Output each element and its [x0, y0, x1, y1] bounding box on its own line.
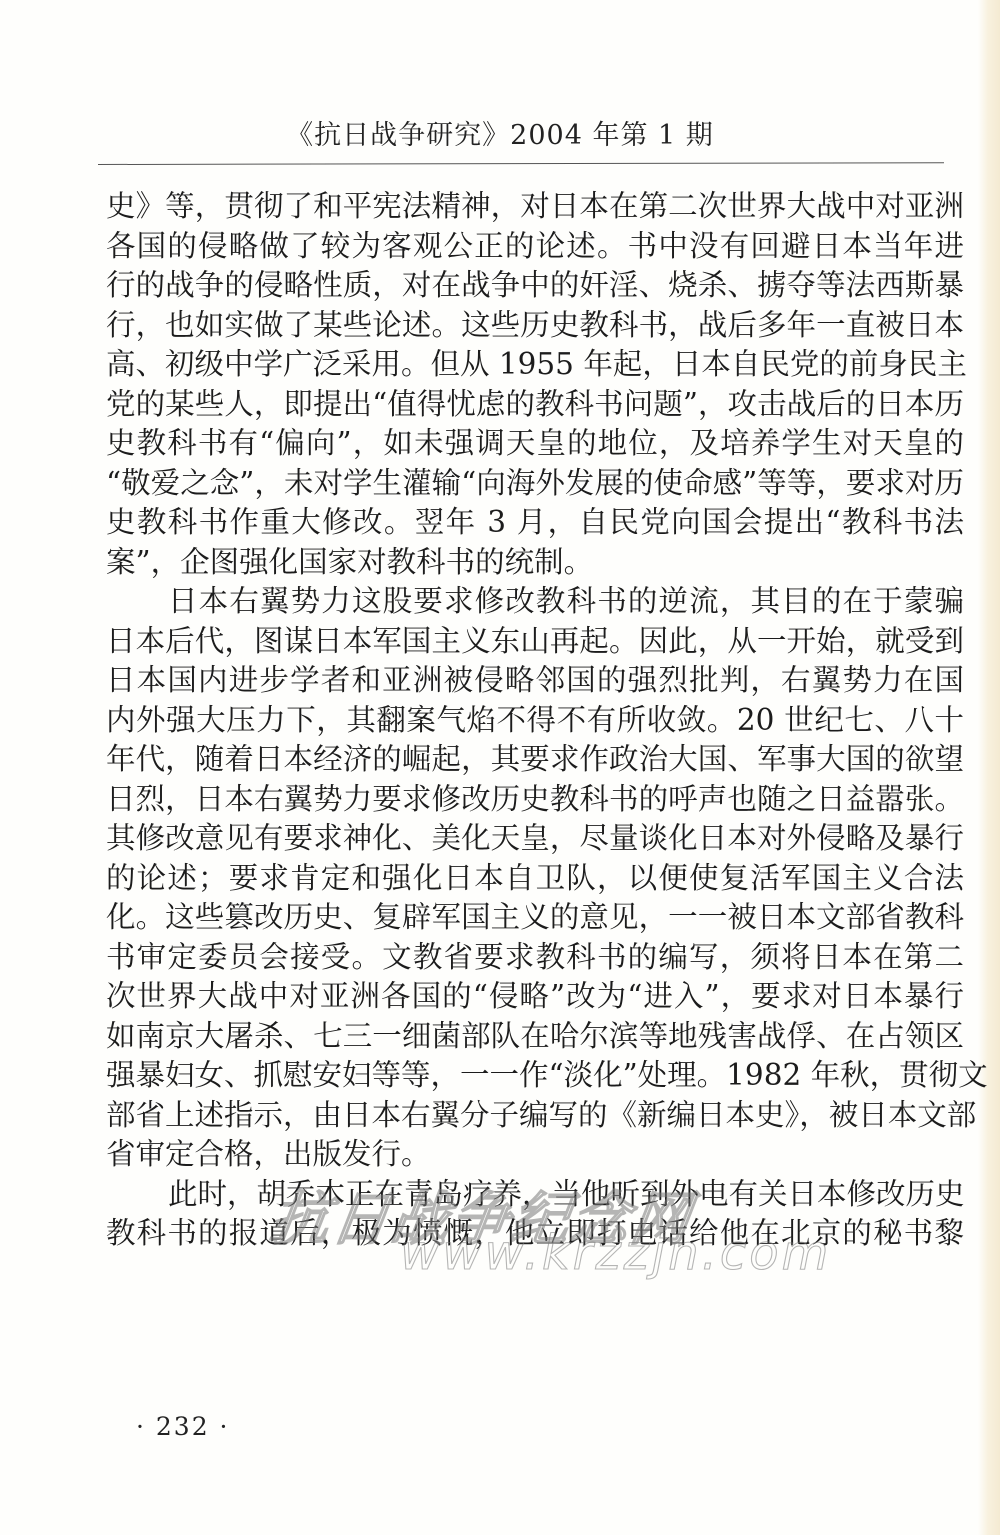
- paragraph-start-line: 此时，胡乔木正在青岛疗养，当他听到外电有关日本修改历史: [106, 1175, 964, 1215]
- page-number: · 232 ·: [136, 1412, 230, 1441]
- text-line: 次世界大战中对亚洲各国的“侵略”改为“进入”，要求对日本暴行: [106, 977, 964, 1017]
- text-line: 日本国内进步学者和亚洲被侵略邻国的强烈批判，右翼势力在国: [106, 661, 964, 701]
- page-edge-shading: [978, 0, 1000, 1535]
- text-line: 强暴妇女、抓慰安妇等等，一一作“淡化”处理。1982 年秋，贯彻文: [106, 1056, 964, 1096]
- text-line: 日本后代，图谋日本军国主义东山再起。因此，从一开始，就受到: [106, 622, 964, 662]
- text-line: 其修改意见有要求神化、美化天皇，尽量谈化日本对外侵略及暴行: [106, 819, 964, 859]
- text-line: 部省上述指示，由日本右翼分子编写的《新编日本史》，被日本文部: [106, 1096, 964, 1136]
- paragraph-end-line: 案”，企图强化国家对教科书的统制。: [106, 543, 964, 583]
- text-line: 化。这些篡改历史、复辟军国主义的意见，一一被日本文部省教科: [106, 898, 964, 938]
- text-line: 书审定委员会接受。文教省要求教科书的编写，须将日本在第二: [106, 938, 964, 978]
- text-line: 的论述；要求肯定和强化日本自卫队，以便使复活军国主义合法: [106, 859, 964, 899]
- header-rule: [98, 162, 944, 165]
- paragraph-end-line: 省审定合格，出版发行。: [106, 1135, 964, 1175]
- text-line: 行，也如实做了某些论述。这些历史教科书，战后多年一直被日本: [106, 306, 964, 346]
- text-line: 史教科书作重大修改。翌年 3 月，自民党向国会提出“教科书法: [106, 503, 964, 543]
- text-line: 如南京大屠杀、七三一细菌部队在哈尔滨等地残害战俘、在占领区: [106, 1017, 964, 1057]
- running-header: 《抗日战争研究》2004 年第 1 期: [0, 113, 1000, 152]
- text-line: 行的战争的侵略性质，对在战争中的奸淫、烧杀、掳夺等法西斯暴: [106, 266, 964, 306]
- text-line: 高、初级中学广泛采用。但从 1955 年起，日本自民党的前身民主: [106, 345, 964, 385]
- text-line: 史》等，贯彻了和平宪法精神，对日本在第二次世界大战中对亚洲: [106, 187, 964, 227]
- text-line: “敬爱之念”，未对学生灌输“向海外发展的使命感”等等，要求对历: [106, 464, 964, 504]
- text-line: 史教科书有“偏向”，如未强调天皇的地位，及培养学生对天皇的: [106, 424, 964, 464]
- text-line: 教科书的报道后，极为愤慨，他立即打电话给他在北京的秘书黎: [106, 1214, 964, 1254]
- text-line: 年代，随着日本经济的崛起，其要求作政治大国、军事大国的欲望: [106, 740, 964, 780]
- body-text: 史》等，贯彻了和平宪法精神，对日本在第二次世界大战中对亚洲 各国的侵略做了较为客…: [106, 187, 966, 1254]
- text-line: 内外强大压力下，其翻案气焰不得不有所收敛。20 世纪七、八十: [106, 701, 964, 741]
- text-line: 各国的侵略做了较为客观公正的论述。书中没有回避日本当年进: [106, 227, 964, 267]
- paragraph-start-line: 日本右翼势力这股要求修改教科书的逆流，其目的在于蒙骗: [106, 582, 964, 622]
- text-line: 党的某些人，即提出“值得忧虑的教科书问题”，攻击战后的日本历: [106, 385, 964, 425]
- text-line: 日烈，日本右翼势力要求修改历史教科书的呼声也随之日益嚣张。: [106, 780, 964, 820]
